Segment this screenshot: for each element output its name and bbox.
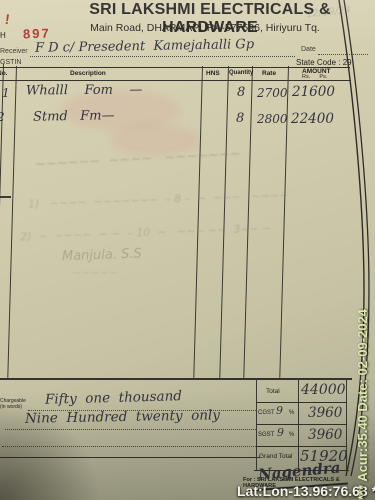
row2-quantity: 8: [236, 111, 244, 126]
total-label: Total: [266, 388, 280, 395]
pencil-note-signature: Manjula. S.S: [62, 247, 142, 265]
cgst-rate: 9: [276, 404, 283, 417]
row2-rate: 2800: [257, 112, 288, 126]
sgst-pct: %: [289, 432, 294, 438]
row1-description: Whalll Fom —: [26, 82, 143, 98]
sgst-value: 3960: [308, 427, 342, 443]
col-hns: HNS: [206, 70, 220, 77]
row1-rate: 2700: [257, 86, 288, 100]
cgst-value: 3960: [308, 405, 342, 421]
row2-description: Stmd Fm—: [33, 108, 115, 124]
table-line: [256, 402, 347, 403]
col-rate: Rate: [262, 70, 276, 77]
amount-words-line2: Nine Hundred twenty only: [25, 407, 220, 426]
sgst-label: SGST: [258, 432, 274, 438]
row2-no: 2: [0, 110, 5, 124]
row2-amount: 22400: [291, 111, 334, 127]
row1-quantity: 8: [237, 85, 245, 100]
pencil-note-5: ~~~~~: [72, 266, 118, 279]
cgst-pct: %: [289, 410, 294, 416]
row1-no: 1: [2, 86, 10, 100]
sgst-rate: 9: [277, 426, 284, 439]
chargeable-label: Chargeable (in words): [0, 399, 30, 410]
total-value: 44000: [301, 382, 346, 398]
row1-amount: 21600: [292, 84, 335, 100]
col-quantity: Quantity: [229, 70, 253, 76]
table-line: [0, 378, 352, 380]
col-amount-sub: Rs. Ps.: [302, 74, 327, 80]
dotted-line: [5, 428, 256, 430]
margin-dash: [0, 196, 11, 198]
col-no: No.: [0, 70, 7, 77]
grand-total-label: Grand Total: [259, 453, 292, 460]
gps-side-overlay: *** Acur:35.40 Date: 02-09-2024: [355, 309, 370, 500]
col-description: Description: [70, 70, 106, 77]
bill-photo: SRI LAKSHMI ELECTRICALS & HARDWARE Main …: [0, 0, 375, 500]
cgst-label: CGST: [258, 410, 275, 416]
dotted-line: [2, 445, 256, 447]
table-line: [0, 457, 260, 458]
table-line: [256, 424, 347, 425]
